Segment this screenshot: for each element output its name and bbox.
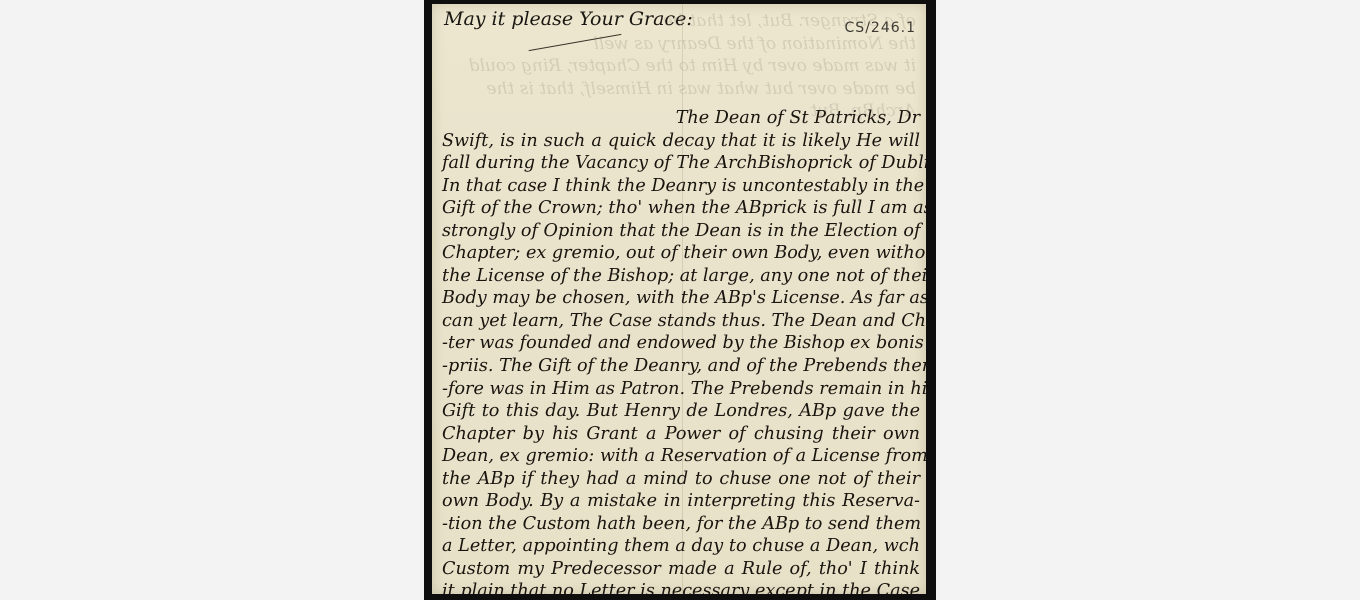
letter-line: Chapter by his Grant a Power of chusing … [442, 423, 920, 446]
letter-line: -tion the Custom hath been, for the ABp … [442, 513, 920, 536]
letter-line: strongly of Opinion that the Dean is in … [442, 220, 920, 243]
letter-line: the License of the Bishop; at large, any… [442, 265, 920, 288]
letter-line: it plain that no Letter is necessary exc… [442, 580, 920, 594]
letter-line: the ABp if they had a mind to chuse one … [442, 468, 920, 491]
letter-line: Dean, ex gremio: with a Reservation of a… [442, 445, 920, 468]
letter-line: The Dean of St Patricks, Dr [442, 107, 920, 130]
letter-salutation: May it please Your Grace: [444, 8, 693, 30]
letter-line: Custom my Predecessor made a Rule of, th… [442, 558, 920, 581]
manuscript-frame: of a Stranger. But, let that be the Nomi… [424, 0, 936, 600]
letter-line: Gift to this day. But Henry de Londres, … [442, 400, 920, 423]
manuscript-page: of a Stranger. But, let that be the Nomi… [432, 4, 926, 594]
letter-line: Swift, is in such a quick decay that it … [442, 130, 920, 153]
letter-line: Body may be chosen, with the ABp's Licen… [442, 287, 920, 310]
letter-line: -ter was founded and endowed by the Bish… [442, 332, 920, 355]
letter-line: Gift of the Crown; tho' when the ABprick… [442, 197, 920, 220]
letter-body: The Dean of St Patricks, Dr Swift, is in… [442, 107, 920, 594]
letter-line: fall during the Vacancy of The ArchBisho… [442, 152, 920, 175]
letter-line: -priis. The Gift of the Deanry, and of t… [442, 355, 920, 378]
letter-line: Chapter; ex gremio, out of their own Bod… [442, 242, 920, 265]
letter-line: own Body. By a mistake in interpreting t… [442, 490, 920, 513]
letter-line: can yet learn, The Case stands thus. The… [442, 310, 920, 333]
letter-line: In that case I think the Deanry is uncon… [442, 175, 920, 198]
letter-line: a Letter, appointing them a day to chuse… [442, 535, 920, 558]
archive-reference-mark: CS/246.1 [845, 20, 916, 36]
letter-line: -fore was in Him as Patron. The Prebends… [442, 378, 920, 401]
